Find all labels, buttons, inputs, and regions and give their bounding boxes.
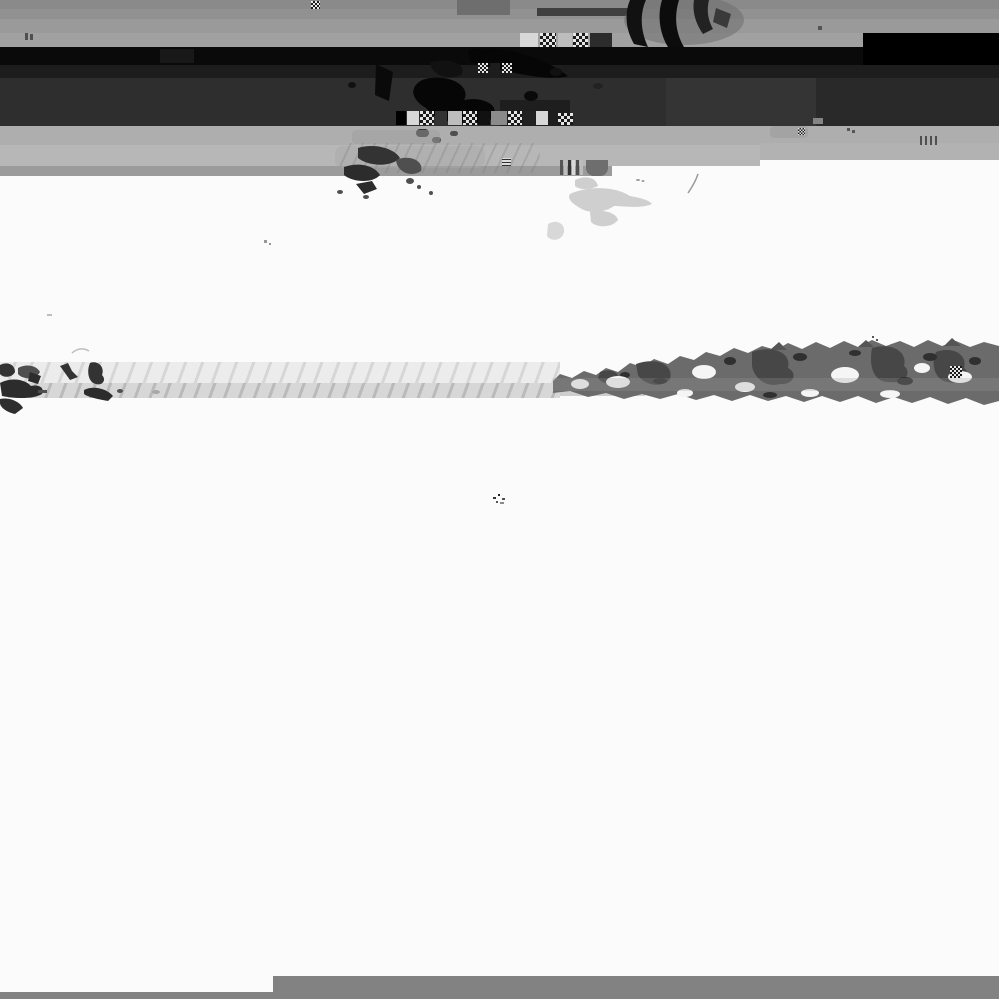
glitch-block [536, 111, 548, 125]
glitch-bar [576, 160, 579, 175]
speck [872, 336, 874, 338]
glitch-block [491, 111, 507, 125]
right-mountain-ridge [553, 338, 999, 405]
glitch-cluster [502, 498, 505, 500]
glitch-block [590, 33, 612, 47]
footer-bar [273, 976, 999, 992]
glitch-cluster [496, 501, 498, 503]
glitch-block [558, 33, 572, 47]
glitch-cluster [498, 494, 500, 496]
glitched-mountain-photo [0, 0, 999, 999]
rock-outcrop-chain [337, 146, 433, 199]
glitch-checker [478, 63, 488, 73]
glitch-block [407, 111, 419, 125]
glitch-bar [564, 160, 567, 175]
dark-trees-shape [624, 0, 744, 47]
glitch-checker [420, 111, 434, 125]
speck [876, 339, 878, 341]
glitch-block [523, 111, 535, 125]
glitch-block [478, 111, 490, 125]
glitch-block [435, 111, 447, 125]
glitch-block [490, 63, 500, 73]
glitch-checker [463, 111, 477, 125]
glitch-cluster [493, 497, 496, 499]
glitch-checker [502, 63, 512, 73]
glitch-blob [586, 160, 608, 176]
glitch-checker [540, 33, 556, 47]
snow-shadow-blob [547, 174, 698, 240]
glitch-bar [568, 160, 571, 175]
glitch-checker [573, 33, 588, 47]
glitch-block [448, 111, 462, 125]
photo-shapes [0, 0, 999, 999]
left-ridge-rocks [0, 349, 160, 414]
glitch-bar [560, 160, 563, 175]
glitch-bar [580, 160, 583, 175]
glitch-block [396, 111, 406, 125]
glitch-bar [572, 160, 575, 175]
glitch-cluster [500, 502, 504, 504]
glitch-block [520, 33, 538, 47]
glitch-checker [558, 113, 573, 125]
speck [264, 240, 267, 243]
speck [47, 314, 52, 316]
footer-strip [0, 992, 999, 999]
speck [269, 243, 271, 245]
glitch-checker [950, 366, 962, 378]
glitch-checker [508, 111, 522, 125]
